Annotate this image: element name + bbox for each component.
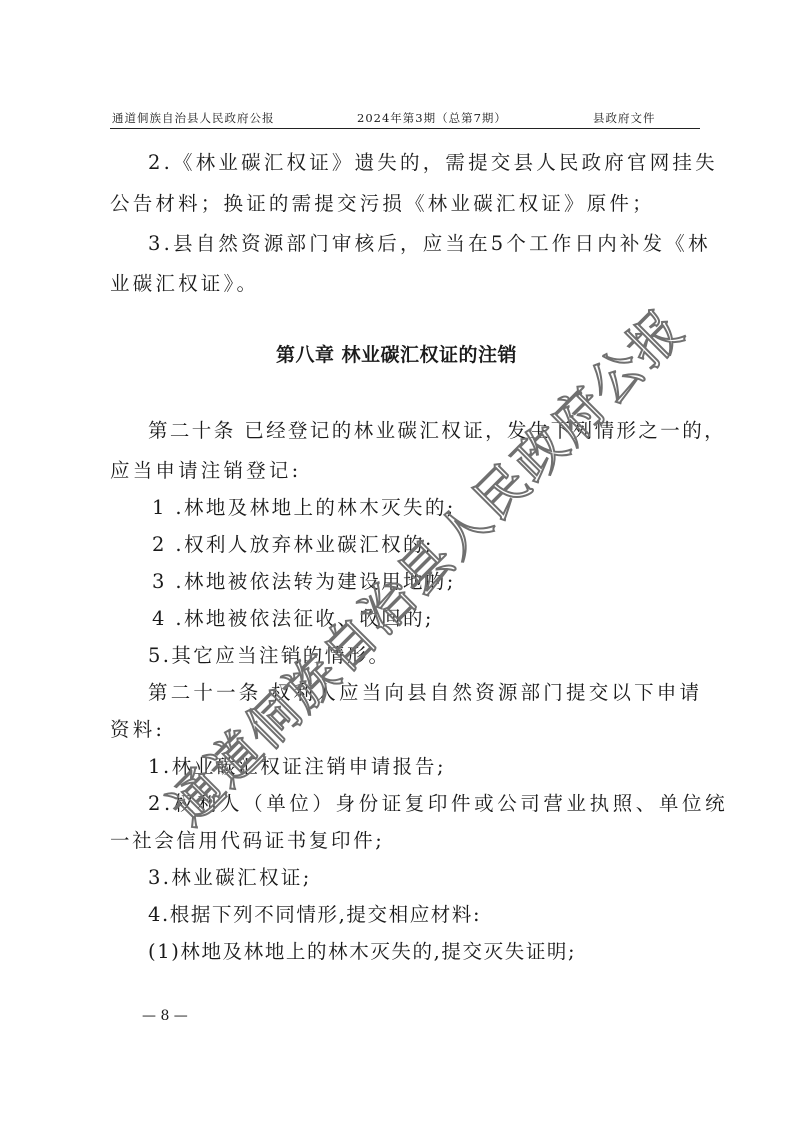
list-item: 4.根据下列不同情形,提交相应材料:: [148, 899, 481, 927]
article-line: 应当申请注销登记:: [110, 455, 301, 483]
list-item: 2.权利人（单位）身份证复印件或公司营业执照、单位统: [148, 788, 728, 816]
paragraph-line: 2.《林业碳汇权证》遗失的，需提交县人民政府官网挂失: [148, 147, 718, 175]
list-item: 4 .林地被依法征收、收回的;: [152, 603, 434, 631]
list-item: 1 .林地及林地上的林木灭失的;: [152, 492, 456, 520]
list-item: 5.其它应当注销的情形。: [148, 640, 390, 668]
page-number: — 8 —: [142, 1008, 188, 1024]
document-body: 2.《林业碳汇权证》遗失的，需提交县人民政府官网挂失 公告材料；换证的需提交污损…: [122, 0, 696, 1000]
list-item: 一社会信用代码证书复印件;: [110, 825, 384, 853]
paragraph-line: 业碳汇权证》。: [110, 268, 259, 296]
list-item: 2 .权利人放弃林业碳汇权的;: [152, 529, 434, 557]
chapter-title: 第八章 林业碳汇权证的注销: [0, 340, 793, 367]
paragraph-line: 3.县自然资源部门审核后，应当在5个工作日内补发《林: [148, 228, 711, 256]
list-item: 1.林业碳汇权证注销申请报告;: [148, 751, 446, 779]
article-line: 第二十条 已经登记的林业碳汇权证，发生下列情形之一的，: [148, 415, 726, 443]
list-item: 3 .林地被依法转为建设用地的;: [152, 566, 456, 594]
article-line: 资料:: [110, 714, 165, 742]
article-line: 第二十一条 权利人应当向县自然资源部门提交以下申请: [148, 677, 702, 705]
list-item: 3.林业碳汇权证;: [148, 862, 312, 890]
paragraph-line: 公告材料；换证的需提交污损《林业碳汇权证》原件；: [110, 188, 655, 216]
list-item: (1)林地及林地上的林木灭失的,提交灭失证明;: [148, 936, 576, 964]
